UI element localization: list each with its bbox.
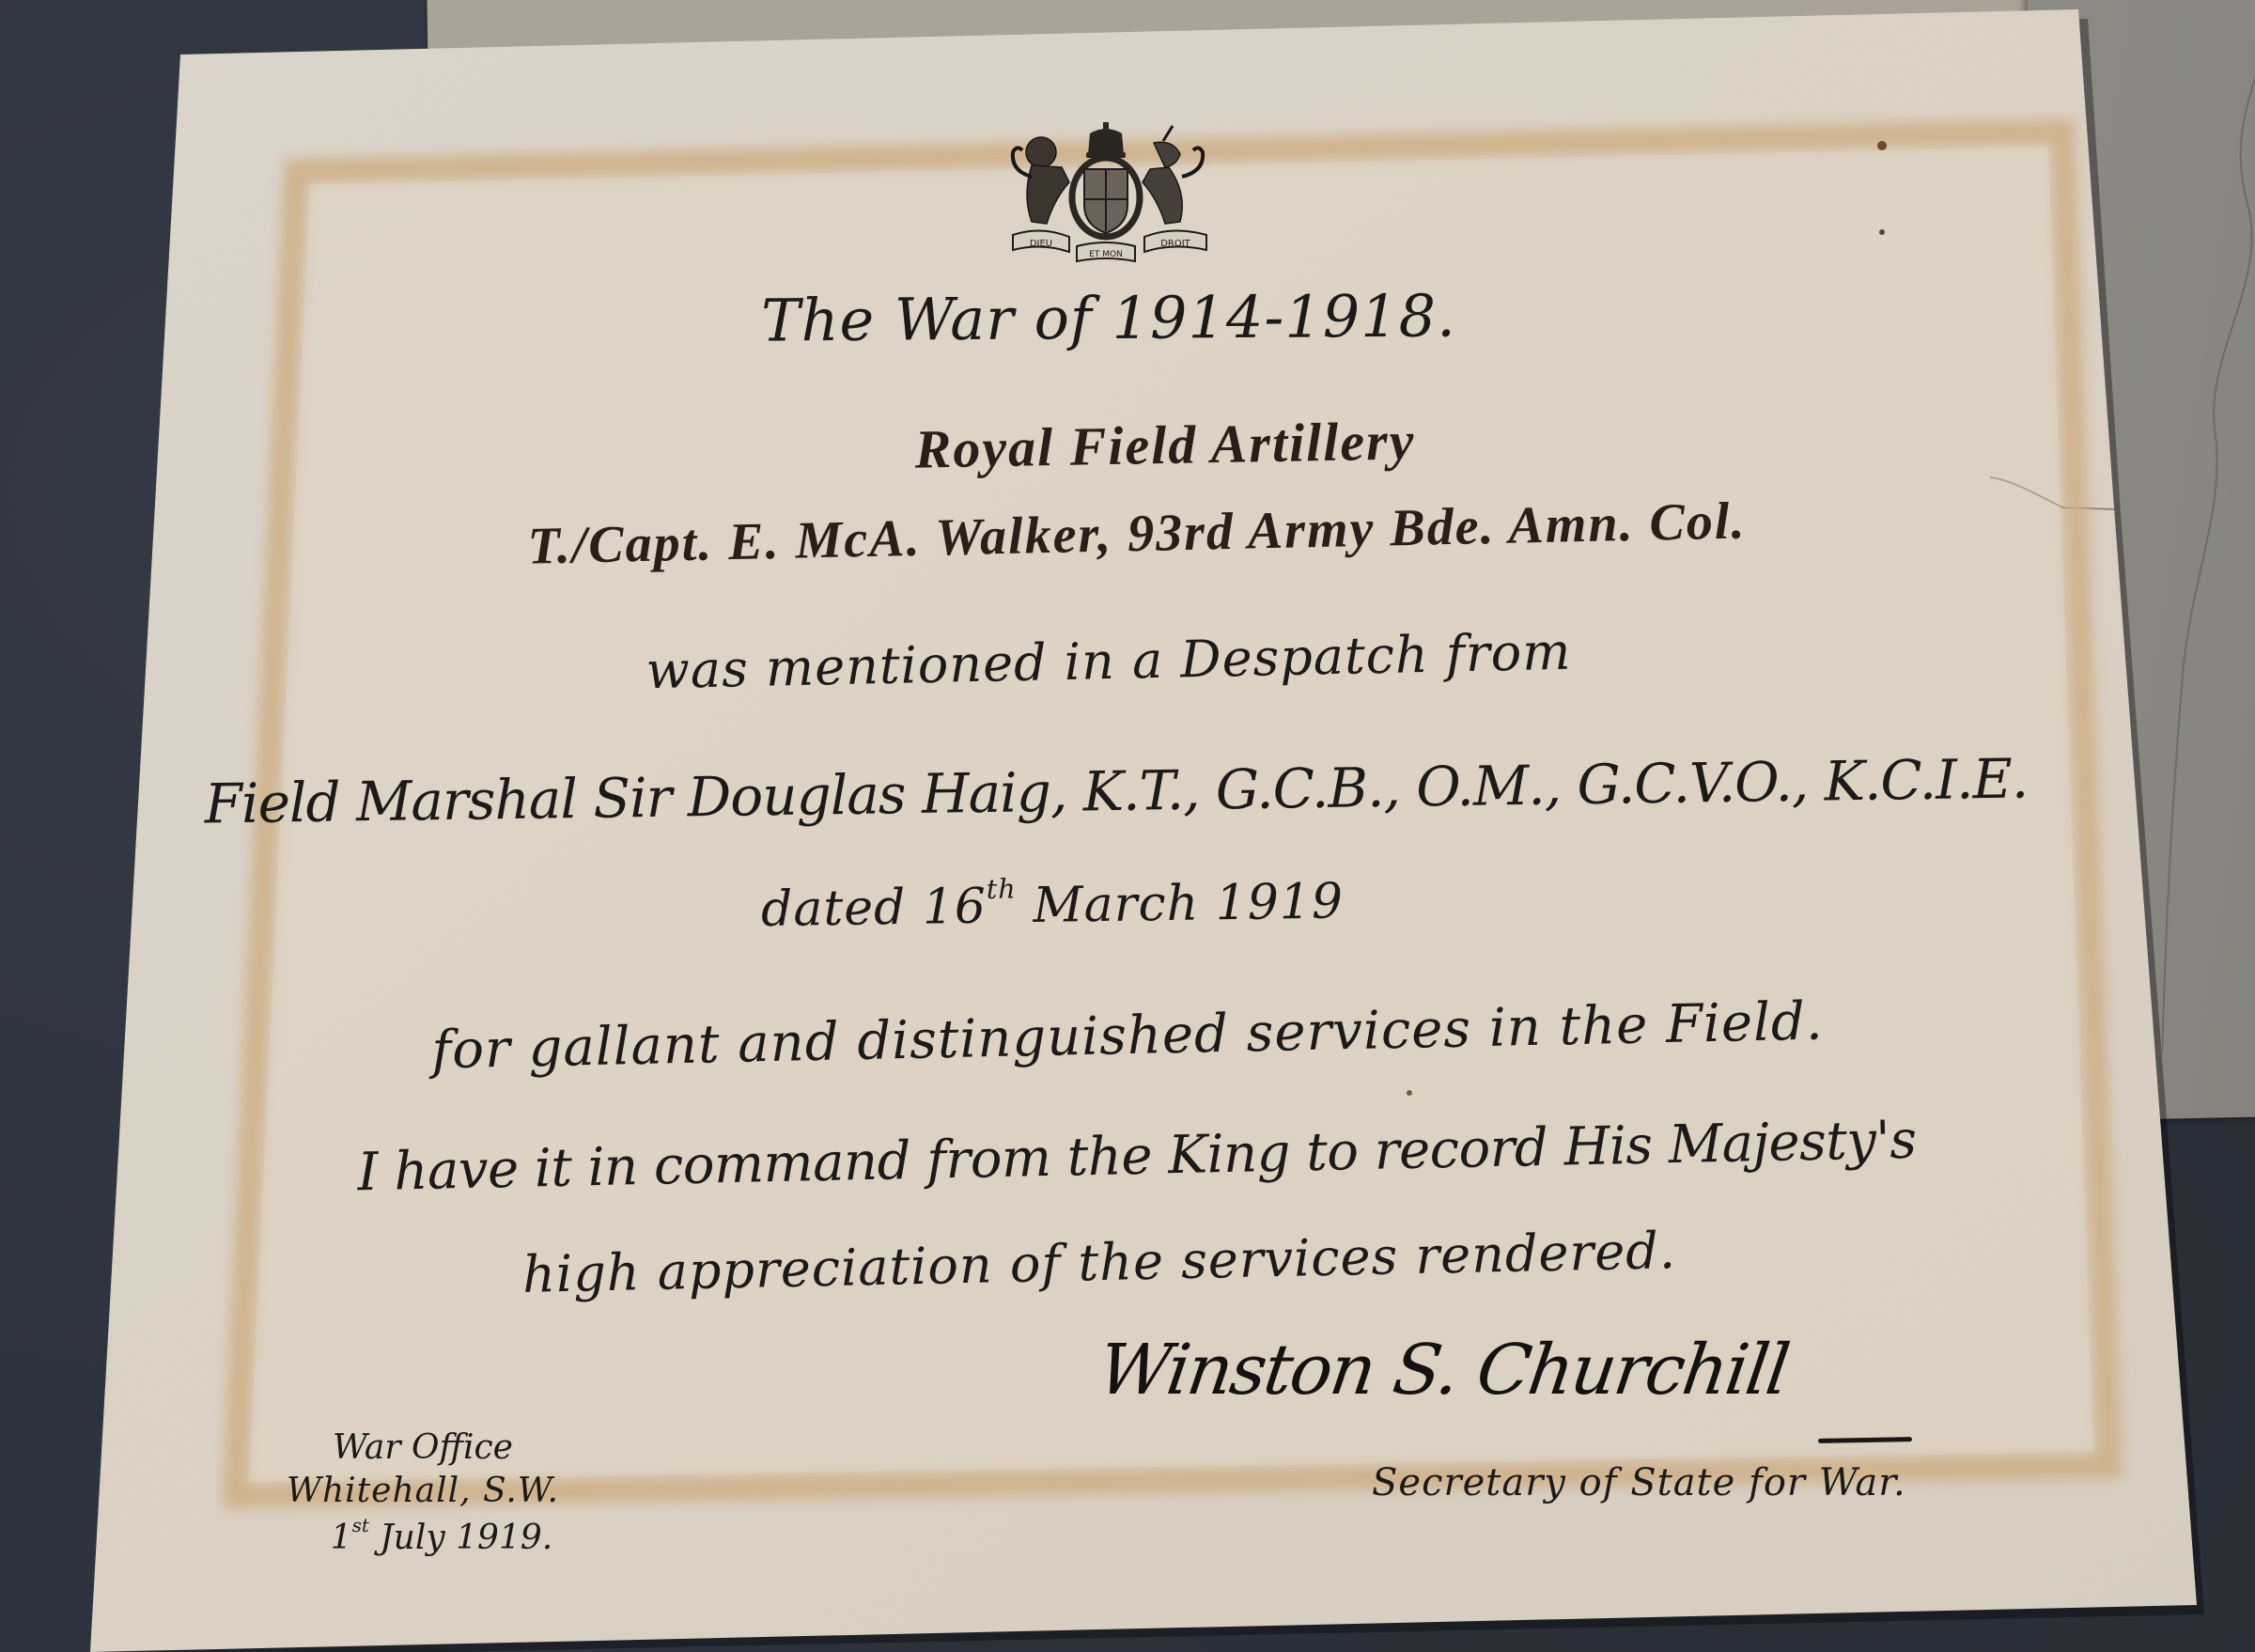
signature: Winston S. Churchill [1094,1330,1793,1410]
issuer-date-rest: July 1919. [369,1519,552,1557]
issuer-date: 1st July 1919. [310,1515,573,1557]
signatory-title: Secretary of State for War. [1372,1461,1906,1504]
certificate-content: DIEU ET MON DROIT The War of 1914-1918. … [0,0,2255,1652]
appreciation-line: high appreciation of the services render… [0,1209,2227,1316]
issuer-date-ordinal: st [352,1515,369,1536]
svg-text:DROIT: DROIT [1160,239,1190,249]
despatch-date-suffix: March 1919 [1016,873,1344,934]
issuer-date-day: 1 [331,1519,352,1557]
commander-line: Field Marshal Sir Douglas Haig, K.T., G.… [0,743,2244,839]
mentioned-line: was mentioned in a Despatch from [0,608,2236,714]
recipient-line: T./Capt. E. McA. Walker, 93rd Army Bde. … [9,480,2255,587]
svg-text:DIEU: DIEU [1030,239,1052,249]
issuer-address: Whitehall, S.W. [268,1472,578,1510]
command-line: I have it in command from the King to re… [9,1102,2255,1210]
services-line: for gallant and distinguished services i… [0,982,2255,1090]
despatch-date-prefix: dated 16 [761,879,988,938]
royal-crest-icon: DIEU ET MON DROIT [1003,120,1218,267]
despatch-date-ordinal: th [987,873,1017,905]
signature-rule [1818,1437,1912,1443]
svg-text:ET MON: ET MON [1089,250,1123,259]
certificate-title: The War of 1914-1918. [0,276,2236,361]
regiment-name: Royal Field Artillery [38,394,2255,496]
despatch-date: dated 16th March 1919 [0,856,2180,949]
issuer-office: War Office [310,1428,536,1467]
